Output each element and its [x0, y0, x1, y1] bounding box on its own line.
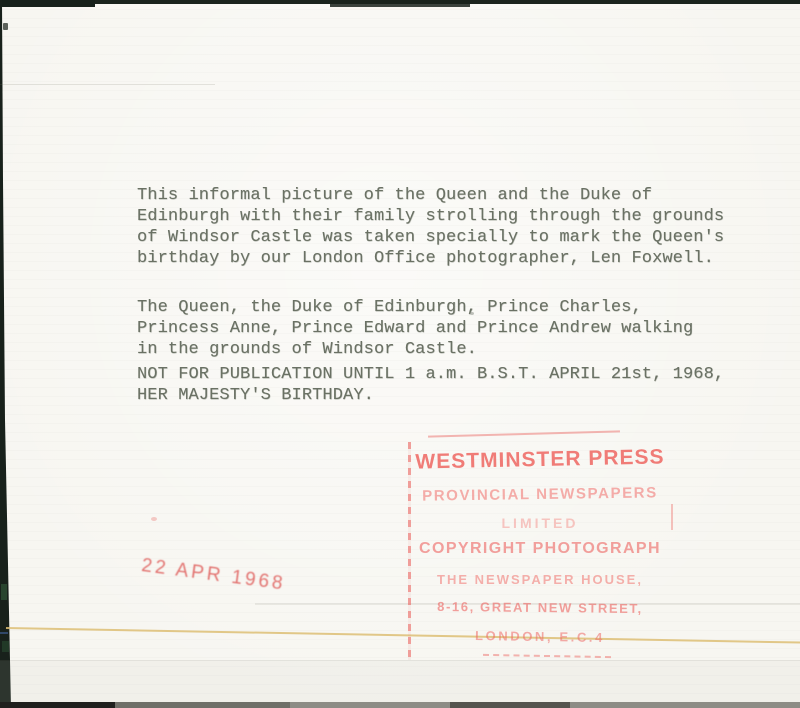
stamp-line-city: LONDON, E.C.4 — [403, 627, 677, 646]
copyright-stamp: WESTMINSTER PRESS PROVINCIAL NEWSPAPERS … — [403, 426, 677, 668]
stamp-bottom-dashed-line — [483, 654, 611, 658]
top-scan-edge — [0, 0, 800, 4]
left-scan-edge — [0, 0, 12, 708]
caption-paragraph-embargo: NOT FOR PUBLICATION UNTIL 1 a.m. B.S.T. … — [137, 364, 724, 406]
caption-paragraph-description: This informal picture of the Queen and t… — [137, 185, 724, 269]
date-stamp: 22 APR 1968 — [140, 555, 287, 596]
left-edge-green-fleck — [1, 584, 7, 600]
stamp-line-street: 8-16, GREAT NEW STREET, — [403, 599, 677, 617]
stamp-line-building: THE NEWSPAPER HOUSE, — [403, 572, 677, 587]
bottom-scan-edge — [0, 702, 800, 708]
caption-paragraph-subjects: The Queen, the Duke of Edinburgh, Prince… — [137, 297, 693, 360]
ink-speck — [3, 23, 8, 30]
stamp-line-agency-type: PROVINCIAL NEWSPAPERS — [403, 484, 677, 505]
stamp-line-copyright: COPYRIGHT PHOTOGRAPH — [403, 540, 677, 558]
photo-reverse-scan: { "typed_caption": { "paragraphs": [ "Th… — [0, 0, 800, 708]
left-edge-blue-fleck — [0, 632, 8, 634]
stamp-line-agency-name: WESTMINSTER PRESS — [403, 445, 677, 475]
stamp-top-border — [428, 430, 620, 437]
stamp-line-limited: LIMITED — [403, 515, 677, 531]
left-edge-green-fleck — [2, 641, 9, 652]
bottom-paper-shade — [0, 661, 800, 702]
ink-speck — [151, 517, 157, 521]
paper-crease — [0, 84, 215, 85]
